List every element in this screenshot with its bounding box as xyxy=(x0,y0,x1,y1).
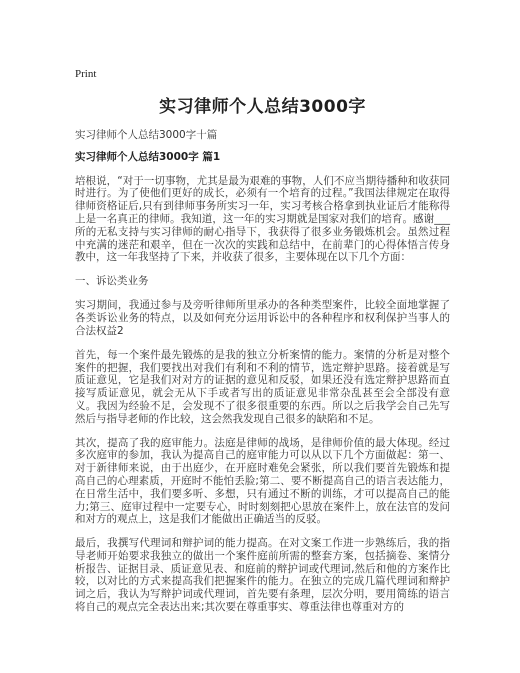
body-paragraph-4: 最后，我撰写代理词和辩护词的能力提高。在对文案工作进一步熟练后，我的指导老师开始… xyxy=(75,537,450,614)
document-subtitle: 实习律师个人总结3000字十篇 xyxy=(75,129,450,142)
body-paragraph-3: 其次，提高了我的庭审能力。法庭是律师的战场，是律师价值的最大体现。经过多次庭审的… xyxy=(75,437,450,527)
essay-heading: 实习律师个人总结3000字 篇1 xyxy=(75,151,450,164)
document-content: Print 实习律师个人总结3000字 实习律师个人总结3000字十篇 实习律师… xyxy=(0,0,520,614)
intro-paragraph: 培根说，“对于一切事物，尤其是最为艰难的事物，人们不应当期待播种和收获同时进行。… xyxy=(75,175,450,265)
document-page: Print 实习律师个人总结3000字 实习律师个人总结3000字十篇 实习律师… xyxy=(0,0,520,673)
page-title: 实习律师个人总结3000字 xyxy=(75,97,450,117)
section-heading-litigation: 一、诉讼类业务 xyxy=(75,275,450,288)
body-paragraph-2: 首先，每一个案件最先锻炼的是我的独立分析案情的能力。案情的分析是对整个案件的把握… xyxy=(75,349,450,426)
print-link[interactable]: Print xyxy=(75,68,96,80)
body-paragraph-1: 实习期间，我通过参与及旁听律师所里承办的各种类型案件，比较全面地掌握了各类诉讼业… xyxy=(75,299,450,337)
